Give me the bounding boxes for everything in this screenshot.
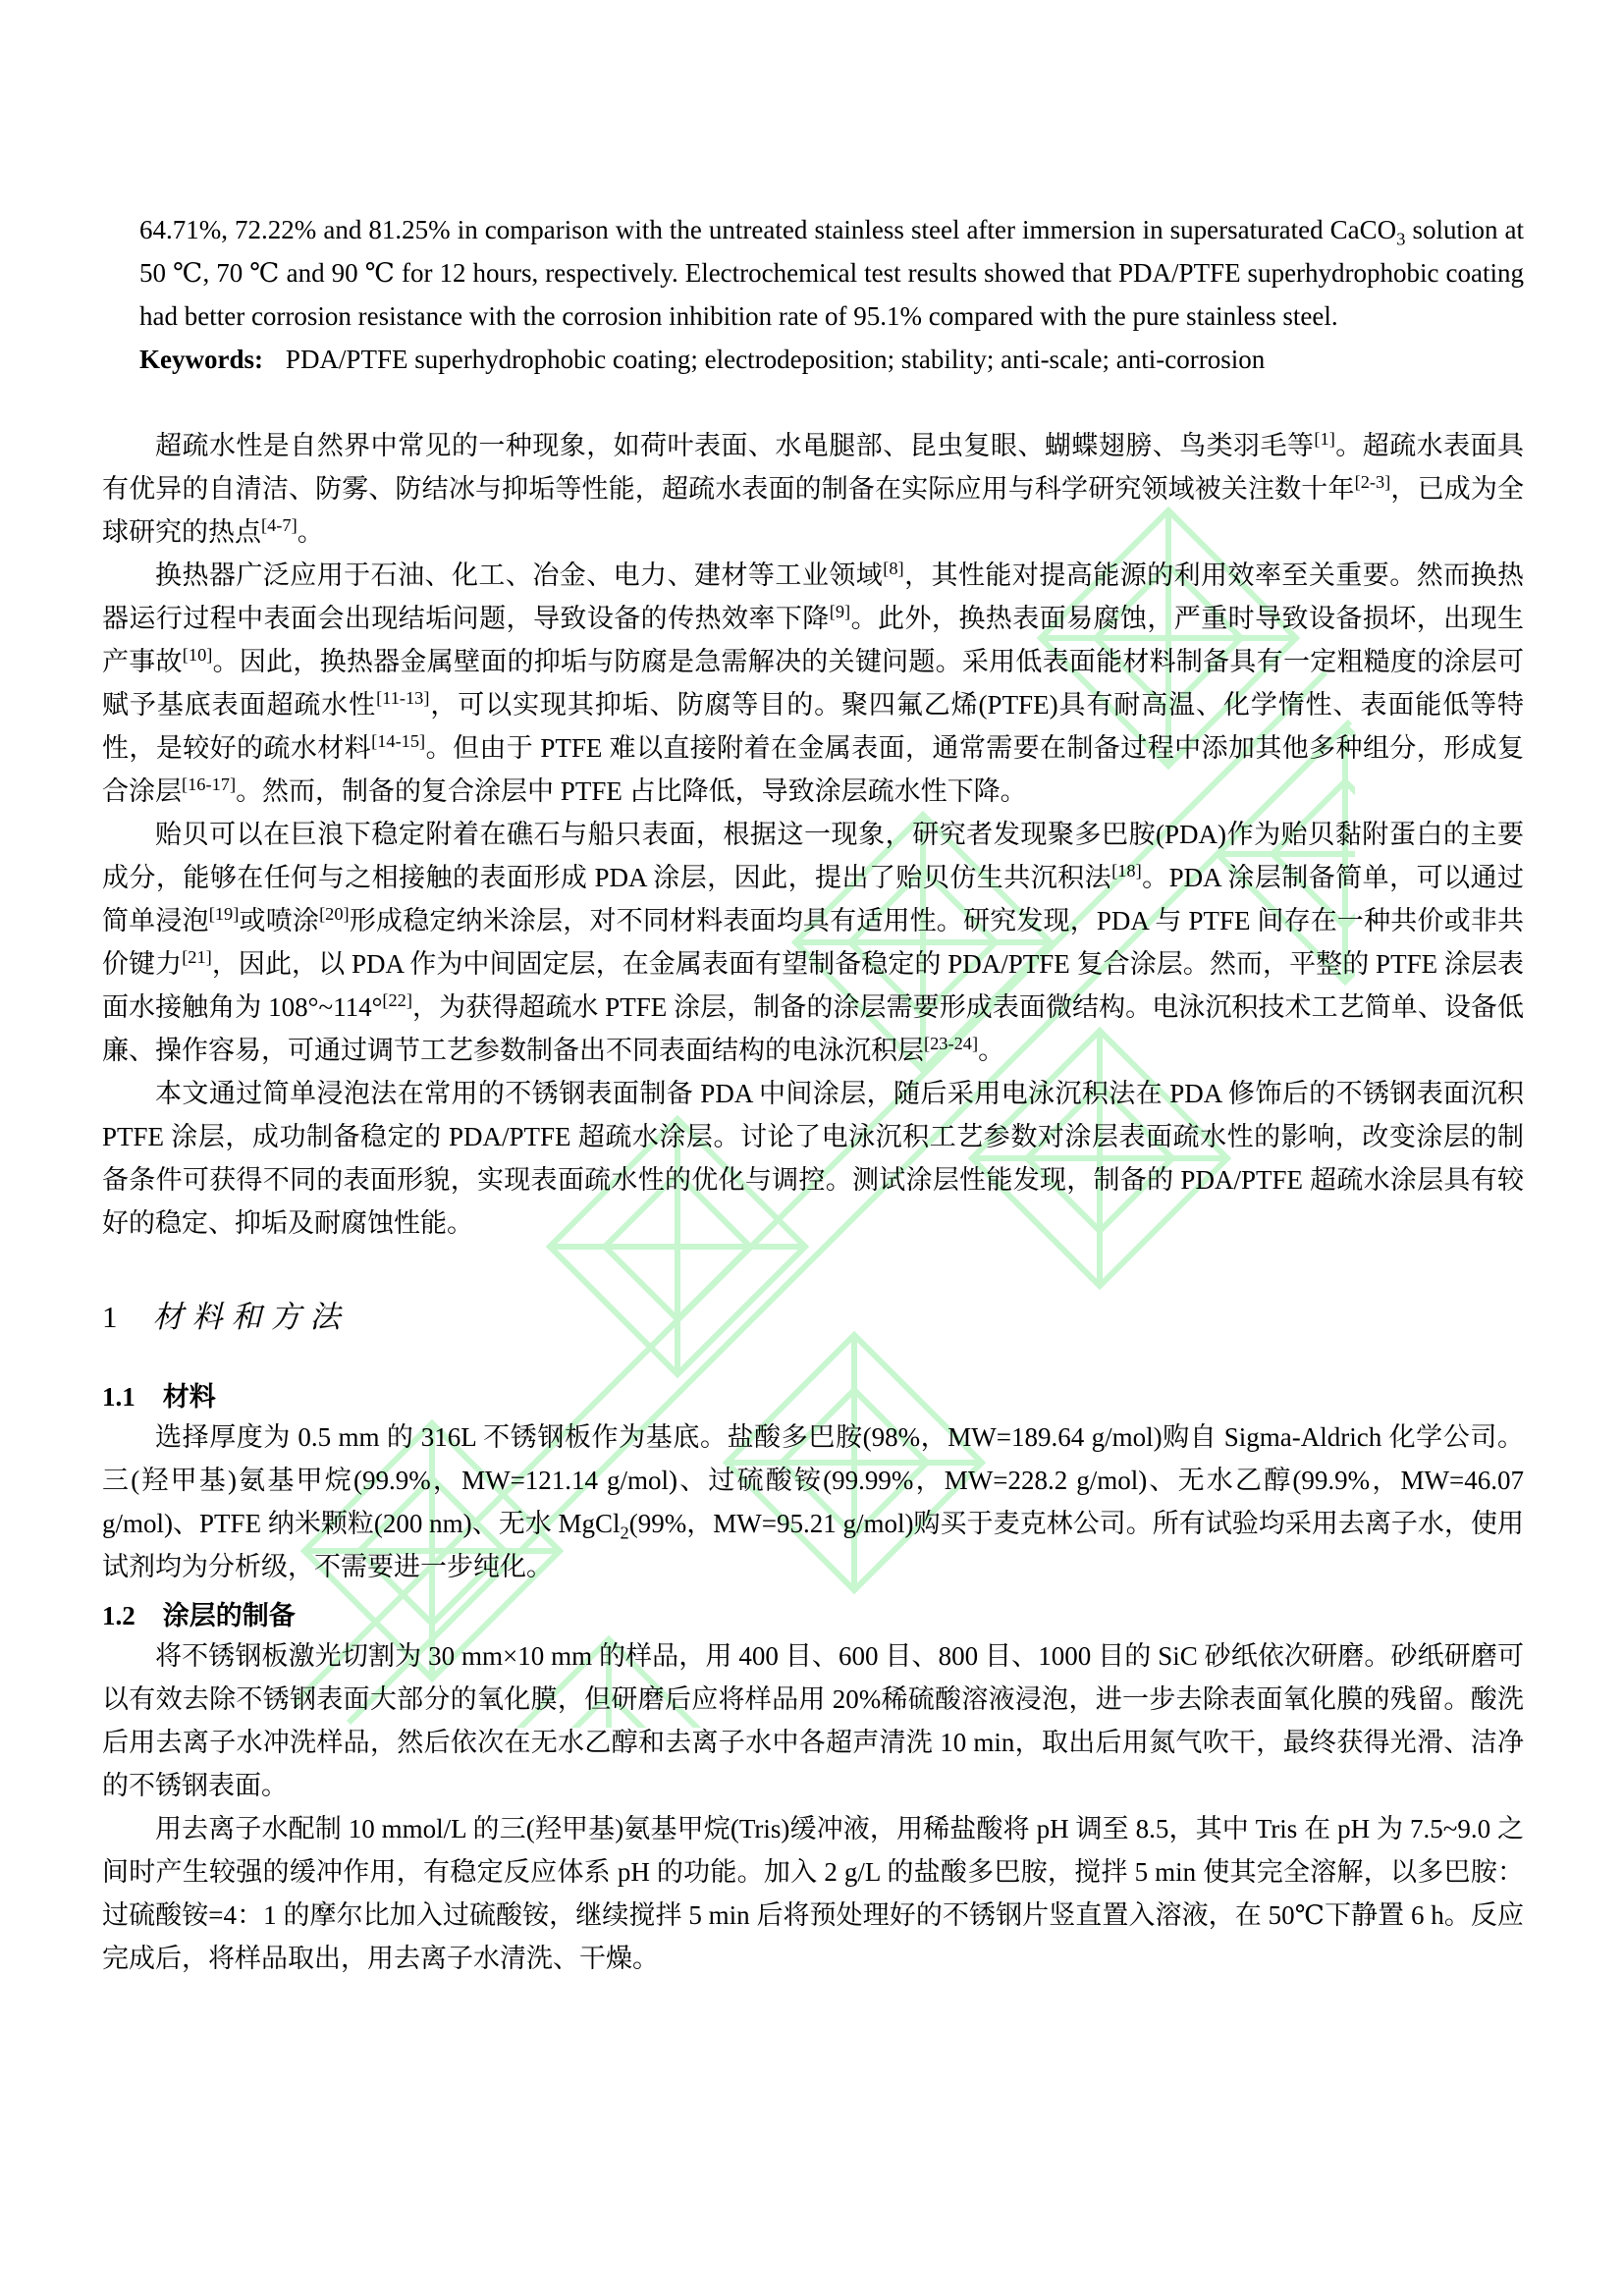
section-1-heading: 1材料和方法 xyxy=(102,1292,1524,1336)
keywords-text: PDA/PTFE superhydrophobic coating; elect… xyxy=(286,345,1265,374)
subsection-1-2-number: 1.2 xyxy=(102,1601,135,1630)
keywords-label: Keywords: xyxy=(139,345,263,374)
keywords-line: Keywords:PDA/PTFE superhydrophobic coati… xyxy=(139,338,1524,381)
page-content: 64.71%, 72.22% and 81.25% in comparison … xyxy=(102,208,1524,1980)
subsection-1-1-heading: 1.1材料 xyxy=(102,1375,1524,1414)
intro-paragraph-1: 超疏水性是自然界中常见的一种现象，如荷叶表面、水黾腿部、昆虫复眼、蝴蝶翅膀、鸟类… xyxy=(102,424,1524,554)
materials-paragraph: 选择厚度为 0.5 mm 的 316L 不锈钢板作为基底。盐酸多巴胺(98%，M… xyxy=(102,1415,1524,1588)
preparation-paragraph-1: 将不锈钢板激光切割为 30 mm×10 mm 的样品，用 400 目、600 目… xyxy=(102,1634,1524,1807)
section-1-number: 1 xyxy=(102,1300,118,1334)
subsection-1-2-heading: 1.2涂层的制备 xyxy=(102,1594,1524,1632)
subsection-1-1-number: 1.1 xyxy=(102,1382,135,1412)
section-1-title: 材料和方法 xyxy=(153,1300,350,1334)
preparation-paragraph-2: 用去离子水配制 10 mmol/L 的三(羟甲基)氨基甲烷(Tris)缓冲液，用… xyxy=(102,1807,1524,1980)
intro-paragraph-2: 换热器广泛应用于石油、化工、冶金、电力、建材等工业领域[8]，其性能对提高能源的… xyxy=(102,554,1524,813)
subsection-1-1-title: 材料 xyxy=(163,1382,216,1412)
subsection-1-2-title: 涂层的制备 xyxy=(163,1601,296,1630)
intro-paragraph-4: 本文通过简单浸泡法在常用的不锈钢表面制备 PDA 中间涂层，随后采用电泳沉积法在… xyxy=(102,1072,1524,1245)
intro-paragraph-3: 贻贝可以在巨浪下稳定附着在礁石与船只表面，根据这一现象，研究者发现聚多巴胺(PD… xyxy=(102,813,1524,1072)
abstract-continuation-text: 64.71%, 72.22% and 81.25% in comparison … xyxy=(139,208,1524,338)
paper-page: 64.71%, 72.22% and 81.25% in comparison … xyxy=(0,0,1624,2296)
